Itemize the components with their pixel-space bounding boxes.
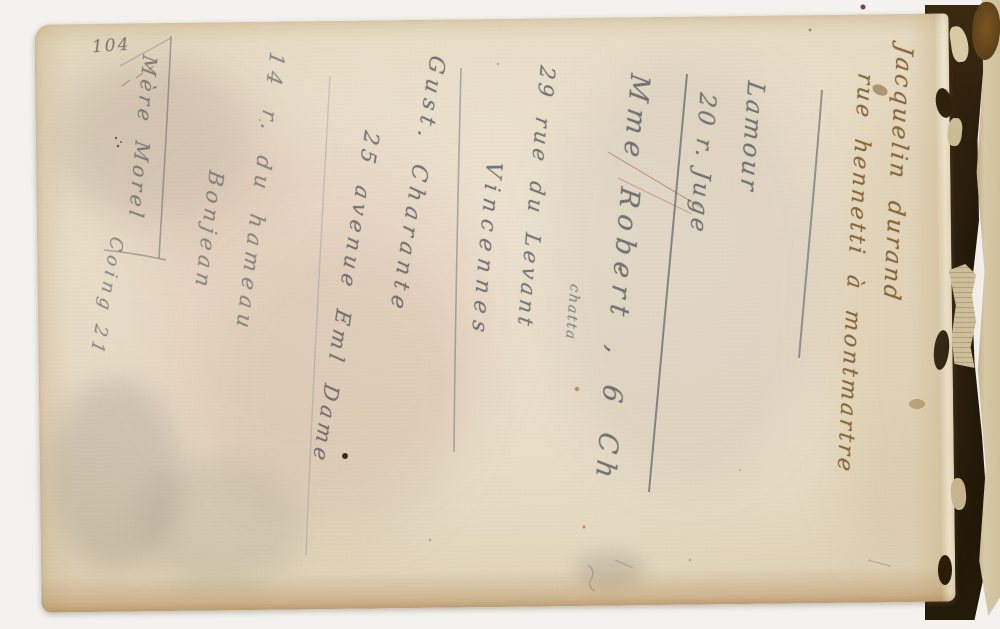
torn-edge-notch xyxy=(938,555,952,585)
foxing-spot xyxy=(861,5,866,10)
notebook-photo: 104 Jacquelin durand rue hennetti à mont… xyxy=(0,0,1000,629)
notebook-page xyxy=(34,13,955,612)
